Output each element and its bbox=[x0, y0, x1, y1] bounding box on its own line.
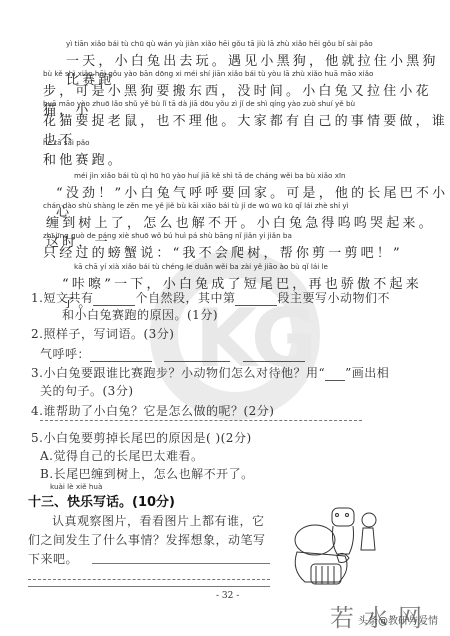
pinyin-line: bù kě shì xiǎo hēi gǒu yào bān dōng xi m… bbox=[43, 69, 373, 78]
option-a[interactable]: A.觉得自己的长尾巴太难看。 bbox=[40, 447, 203, 464]
question-1: 1.短文共有个自然段，其中第段主要写小动物们不 bbox=[31, 289, 390, 306]
question-1-cont: 和小白兔赛跑的原因。(1分) bbox=[62, 306, 218, 323]
animals-illustration bbox=[287, 500, 385, 588]
pinyin-line: chán dào shù shàng le zěn me yě jiě bù k… bbox=[43, 201, 349, 210]
question-3-cont: 关的句子。(3分) bbox=[40, 382, 134, 399]
writing-prompt: 们之间发生了什么事情？发挥想象，动笔写 bbox=[28, 531, 266, 548]
question-2: 2.照样子，写词语。(3分) bbox=[31, 325, 174, 342]
answer-blank[interactable] bbox=[90, 349, 152, 362]
writing-prompt: 下来吧。 bbox=[28, 550, 78, 567]
story-line: 只经过的螃蟹说：“我不会爬树，帮你剪一剪吧！” bbox=[43, 242, 403, 261]
writing-line[interactable] bbox=[28, 586, 270, 587]
writing-prompt: 认真观察图片，看看图片上都有谁，它 bbox=[52, 512, 265, 529]
worksheet-page: KG yì tiān xiǎo bái tù chū qù wán yù jià… bbox=[0, 0, 450, 636]
question-3: 3.小白兔要跟谁比赛跑步？小动物们怎么对待他？用“”画出相 bbox=[31, 364, 389, 381]
answer-line[interactable] bbox=[40, 420, 362, 421]
underline-sample bbox=[325, 368, 345, 381]
pinyin-line: hé tā sài pǎo bbox=[43, 138, 90, 147]
question-2-example: 气呼呼： bbox=[40, 345, 305, 362]
page-number: - 32 - bbox=[216, 591, 239, 601]
question-5: 5.小白兔要剪掉长尾巴的原因是( )(2分) bbox=[31, 429, 252, 446]
answer-blank[interactable] bbox=[164, 349, 230, 362]
question-4: 4.谁帮助了小白兔？它是怎么做的呢？(2分) bbox=[31, 402, 274, 419]
pinyin-line: méi jìn xiǎo bái tù qì hū hū yào huí jiā… bbox=[74, 171, 346, 180]
section-pinyin: kuài lè xiě huà bbox=[50, 482, 102, 491]
option-b[interactable]: B.长尾巴缠到树上，怎么也解不开了。 bbox=[40, 465, 254, 482]
pinyin-line: zhī jīng guò de páng xiè shuō wǒ bú huì … bbox=[43, 231, 292, 240]
pinyin-line: kā chā yí xià xiǎo bái tù chéng le duǎn … bbox=[74, 262, 328, 271]
story-line: 和他赛跑。 bbox=[43, 149, 124, 168]
answer-blank[interactable] bbox=[243, 349, 305, 362]
writing-line[interactable] bbox=[28, 579, 270, 580]
answer-blank[interactable] bbox=[235, 293, 277, 306]
pinyin-line: yì tiān xiǎo bái tù chū qù wán yù jiàn x… bbox=[66, 39, 373, 48]
site-logo-subtitle: 头条@教研与爱情 bbox=[358, 612, 438, 627]
pinyin-line: huā māo yào zhuō lǎo shǔ yě bù lǐ tā dà … bbox=[43, 99, 355, 108]
section-title: 十三、快乐写话。(10分) bbox=[28, 491, 175, 510]
answer-blank[interactable] bbox=[93, 293, 135, 306]
writing-line[interactable] bbox=[92, 563, 270, 564]
story-line: 花猫要捉老鼠，也不理他。大家都有自己的事情要做，谁也不 bbox=[43, 110, 450, 148]
